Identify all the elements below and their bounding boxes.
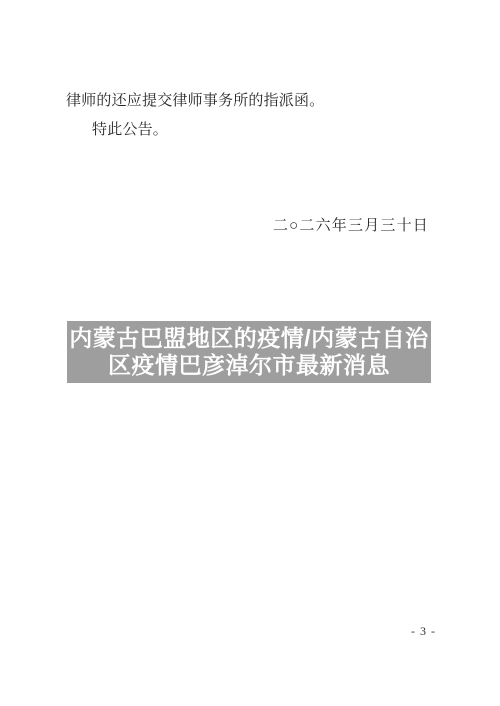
banner-text-line-2: 区疫情巴彦淖尔市最新消息 [108,352,390,379]
paragraph-line: 律师的还应提交律师事务所的指派函。 [66,93,324,110]
document-page: 律师的还应提交律师事务所的指派函。 特此公告。 二○二六年三月三十日 内蒙古巴盟… [0,0,500,706]
page-number: - 3 - [411,624,436,639]
date-line: 二○二六年三月三十日 [273,214,429,235]
paragraph-announcement: 特此公告。 [92,122,168,139]
banner-text-line-1: 内蒙古巴盟地区的疫情/内蒙古自治 [69,325,428,352]
banner-link[interactable]: 内蒙古巴盟地区的疫情/内蒙古自治 区疫情巴彦淖尔市最新消息 [67,321,431,383]
